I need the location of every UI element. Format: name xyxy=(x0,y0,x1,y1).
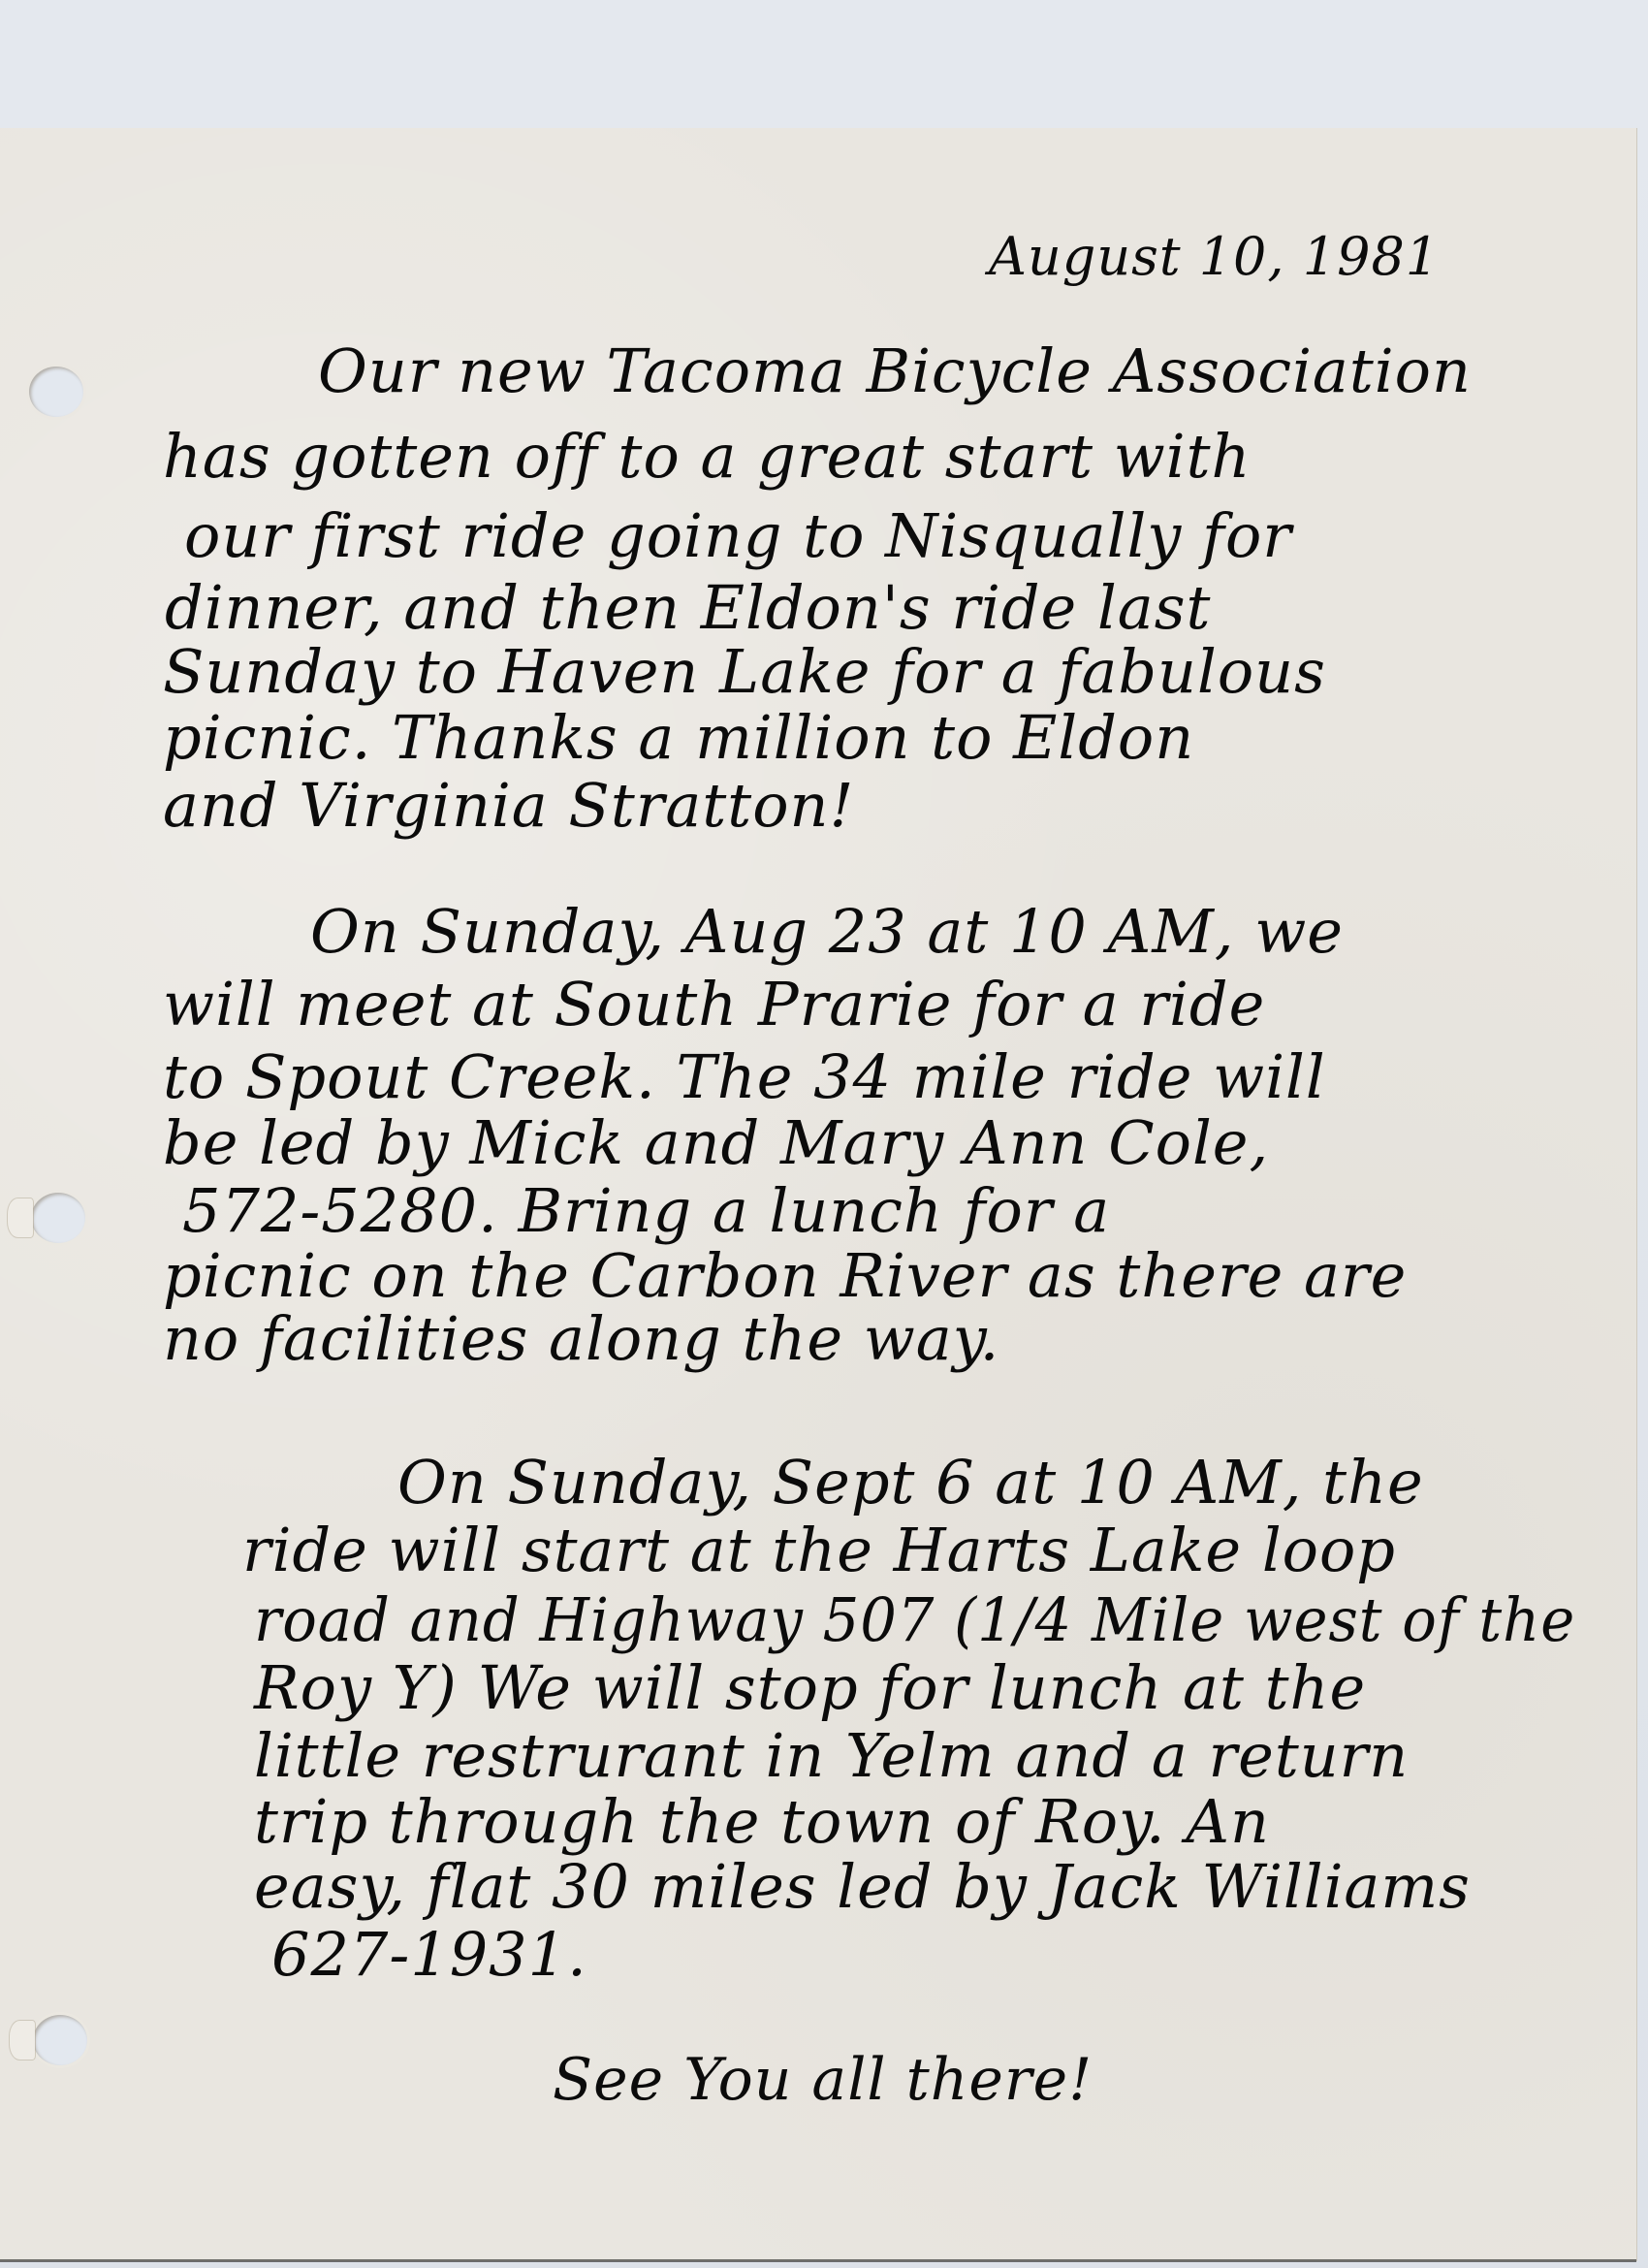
paragraph-line: road and Highway 507 (1/4 Mile west of t… xyxy=(254,1590,1575,1650)
paragraph-line: will meet at South Prarie for a ride xyxy=(163,974,1265,1035)
paragraph-line: and Virginia Stratton! xyxy=(163,776,854,836)
paragraph-line: picnic. Thanks a million to Eldon xyxy=(163,708,1194,768)
paragraph-line: has gotten off to a great start with xyxy=(163,427,1251,487)
paragraph-line: On Sunday, Sept 6 at 10 AM, the xyxy=(397,1453,1424,1513)
paragraph-line: Our new Tacoma Bicycle Association xyxy=(318,341,1472,401)
punch-hole-middle xyxy=(31,1193,85,1243)
paragraph-line: dinner, and then Eldon's ride last xyxy=(165,578,1211,638)
paragraph-line: trip through the town of Roy. An xyxy=(254,1792,1270,1852)
punch-hole-bottom xyxy=(33,2015,87,2065)
paragraph-line: picnic on the Carbon River as there are xyxy=(163,1246,1407,1306)
paragraph-line: easy, flat 30 miles led by Jack Williams xyxy=(254,1857,1471,1917)
paragraph-line: Sunday to Haven Lake for a fabulous xyxy=(163,642,1326,702)
paper-bottom-edge xyxy=(0,2259,1636,2262)
letter-closing: See You all there! xyxy=(553,2051,1093,2109)
letter-date: August 10, 1981 xyxy=(989,231,1440,283)
punch-hole-top xyxy=(29,367,83,417)
paragraph-line: ride will start at the Harts Lake loop xyxy=(242,1520,1396,1581)
paragraph-line: 627-1931. xyxy=(271,1925,587,1985)
paragraph-line: our first ride going to Nisqually for xyxy=(184,506,1292,566)
paragraph-line: On Sunday, Aug 23 at 10 AM, we xyxy=(310,902,1344,962)
paragraph-line: to Spout Creek. The 34 mile ride will xyxy=(163,1047,1326,1107)
paragraph-line: 572-5280. Bring a lunch for a xyxy=(182,1181,1110,1241)
paragraph-line: little restrurant in Yelm and a return xyxy=(254,1726,1409,1786)
paragraph-line: Roy Y) We will stop for lunch at the xyxy=(254,1658,1366,1718)
paragraph-line: no facilities along the way. xyxy=(163,1309,999,1369)
paragraph-line: be led by Mick and Mary Ann Cole, xyxy=(163,1113,1269,1173)
